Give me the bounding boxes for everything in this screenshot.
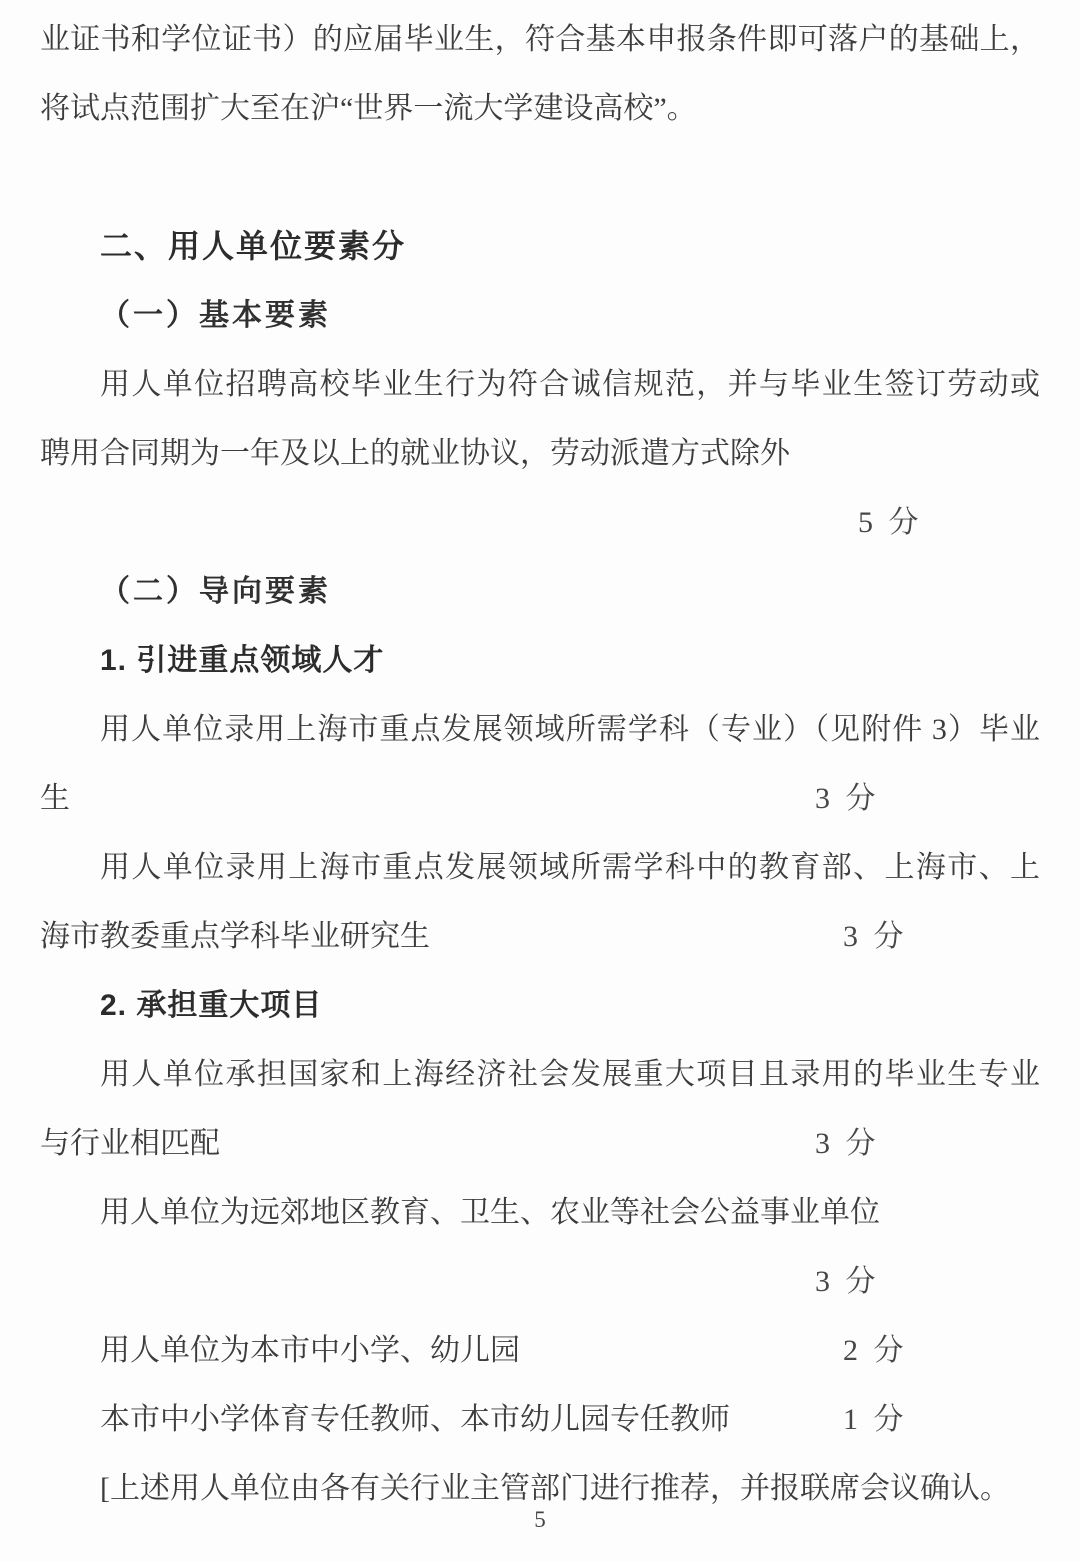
paragraph-score-line: 本市中小学体育专任教师、本市幼儿园专任教师 1 分 <box>0 1385 1080 1454</box>
score-value: 3 分 <box>815 764 880 833</box>
subsection-heading: （二）导向要素 <box>0 557 1080 626</box>
item-heading: 1. 引进重点领域人才 <box>0 626 1080 695</box>
subsection-heading: （一）基本要素 <box>0 281 1080 350</box>
blank-line <box>0 143 1080 212</box>
score-value: 5 分 <box>858 488 923 557</box>
item-heading: 2. 承担重大项目 <box>0 971 1080 1040</box>
paragraph-score-line: 与行业相匹配 3 分 <box>0 1109 1080 1178</box>
paragraph-line: 聘用合同期为一年及以上的就业协议，劳动派遣方式除外 <box>0 419 1080 488</box>
subsection-heading-text: （一）基本要素 <box>100 299 331 332</box>
score-value: 3 分 <box>815 1247 880 1316</box>
score-value: 3 分 <box>843 902 908 971</box>
paragraph-text: 将试点范围扩大至在沪“世界一流大学建设高校”。 <box>40 92 697 125</box>
paragraph-line: 用人单位为远郊地区教育、卫生、农业等社会公益事业单位 <box>0 1178 1080 1247</box>
paragraph-line: 用人单位录用上海市重点发展领域所需学科（专业）（见附件 3）毕业 <box>0 695 1080 764</box>
paragraph-text: 用人单位为远郊地区教育、卫生、农业等社会公益事业单位 <box>100 1196 880 1229</box>
section-heading: 二、用人单位要素分 <box>0 212 1080 281</box>
section-heading-text: 二、用人单位要素分 <box>100 228 406 264</box>
paragraph-text: 用人单位录用上海市重点发展领域所需学科中的教育部、上海市、上 <box>100 851 1040 884</box>
paragraph-text: 海市教委重点学科毕业研究生 <box>40 920 430 953</box>
item-heading-text: 2. 承担重大项目 <box>100 989 322 1022</box>
paragraph-text: 用人单位承担国家和上海经济社会发展重大项目且录用的毕业生专业 <box>100 1058 1040 1091</box>
item-heading-text: 1. 引进重点领域人才 <box>100 644 384 677</box>
paragraph-text: 用人单位为本市中小学、幼儿园 <box>100 1334 520 1367</box>
paragraph-text: 生 <box>40 782 70 815</box>
score-value: 2 分 <box>843 1316 908 1385</box>
paragraph-line: 业证书和学位证书）的应届毕业生，符合基本申报条件即可落户的基础上， <box>0 5 1080 74</box>
paragraph-text: 业证书和学位证书）的应届毕业生，符合基本申报条件即可落户的基础上， <box>40 23 1040 56</box>
score-line: 5 分 <box>0 488 1080 557</box>
paragraph-line: 将试点范围扩大至在沪“世界一流大学建设高校”。 <box>0 74 1080 143</box>
paragraph-text: [上述用人单位由各有关行业主管部门进行推荐，并报联席会议确认。 <box>100 1472 1010 1505</box>
paragraph-line: 用人单位招聘高校毕业生行为符合诚信规范，并与毕业生签订劳动或 <box>0 350 1080 419</box>
paragraph-line: 用人单位承担国家和上海经济社会发展重大项目且录用的毕业生专业 <box>0 1040 1080 1109</box>
score-value: 3 分 <box>815 1109 880 1178</box>
score-line: 3 分 <box>0 1247 1080 1316</box>
score-value: 1 分 <box>843 1385 908 1454</box>
paragraph-text: 本市中小学体育专任教师、本市幼儿园专任教师 <box>100 1403 730 1436</box>
paragraph-score-line: 海市教委重点学科毕业研究生 3 分 <box>0 902 1080 971</box>
paragraph-score-line: 用人单位为本市中小学、幼儿园 2 分 <box>0 1316 1080 1385</box>
paragraph-text: 用人单位录用上海市重点发展领域所需学科（专业）（见附件 3）毕业 <box>100 713 1040 746</box>
paragraph-text: 聘用合同期为一年及以上的就业协议，劳动派遣方式除外 <box>40 437 790 470</box>
document-page: 业证书和学位证书）的应届毕业生，符合基本申报条件即可落户的基础上， 将试点范围扩… <box>0 0 1080 1562</box>
paragraph-text: 用人单位招聘高校毕业生行为符合诚信规范，并与毕业生签订劳动或 <box>100 368 1040 401</box>
page-number: 5 <box>0 1505 1080 1535</box>
subsection-heading-text: （二）导向要素 <box>100 575 331 608</box>
paragraph-score-line: 生 3 分 <box>0 764 1080 833</box>
paragraph-line: 用人单位录用上海市重点发展领域所需学科中的教育部、上海市、上 <box>0 833 1080 902</box>
paragraph-text: 与行业相匹配 <box>40 1127 220 1160</box>
